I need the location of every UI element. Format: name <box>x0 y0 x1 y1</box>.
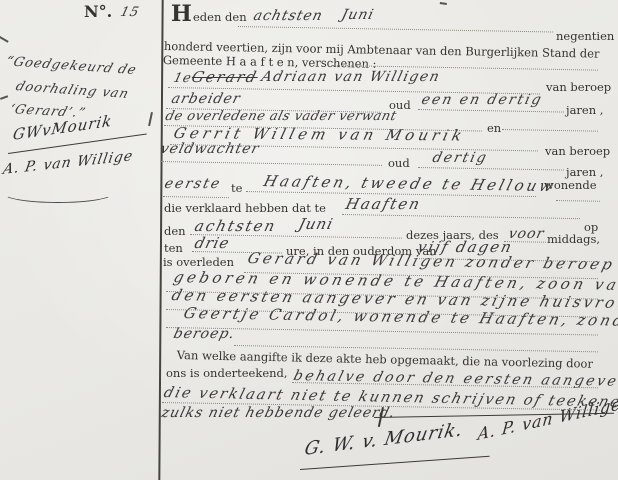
signature-flourish <box>2 183 114 203</box>
en-label: en <box>487 123 501 135</box>
date-day-handwritten: achtsten <box>252 9 324 23</box>
declarant1-age: een en dertig <box>420 93 544 107</box>
jaren-label-2: jaren , <box>566 167 603 179</box>
signature-declarant-mourik: G. W. v. Mourik. <box>303 421 465 459</box>
declarant2-age: dertig <box>431 151 490 165</box>
dotted-rule <box>556 199 600 202</box>
death-month-handwritten: Juni <box>297 217 335 232</box>
declared-label: die verklaard hebben dat te <box>164 203 326 215</box>
scan-stray-mark <box>148 112 152 126</box>
te-label: te <box>231 183 242 195</box>
dotted-rule <box>238 25 553 32</box>
declarant1-occupation: arbeider <box>170 92 242 106</box>
scan-speck <box>440 2 447 5</box>
margin-approval-note-line1: “Goedgekeurd de <box>4 55 138 77</box>
dotted-rule <box>418 166 564 171</box>
declarant1-van-beroep-label: van beroep <box>546 82 611 94</box>
death-hour-handwritten: drie <box>193 236 231 251</box>
is-overleden-label: is overleden <box>163 257 234 269</box>
declarant1-name-struck: Gerard <box>190 70 259 85</box>
deceased-line1-handwritten: Gerard van Willigen zonder beroep <box>246 251 617 272</box>
declarant2-van-beroep-label: van beroep <box>545 146 610 158</box>
act-number-value: 15 <box>119 6 141 19</box>
scan-stray-mark <box>0 36 9 42</box>
ten-label: ten <box>164 243 183 255</box>
negentien-label: negentien <box>556 31 614 43</box>
dotted-rule <box>342 213 580 219</box>
act-number-label: N°. <box>84 4 112 20</box>
dotted-rule <box>192 250 282 254</box>
dotted-rule <box>163 195 229 198</box>
margin-approval-note-line2: doorhaling van <box>14 80 131 101</box>
heden-label: eden den <box>193 12 247 24</box>
signature-underline-sweep <box>300 456 490 470</box>
declarant1-name: Adriaan van Willigen <box>260 70 442 84</box>
death-day-handwritten: achtsten <box>193 219 278 234</box>
dotted-rule <box>502 128 598 132</box>
death-certificate-scan: N°. 15 “Goedgekeurd de doorhaling van ‘G… <box>0 0 618 480</box>
closing-line2: ons is onderteekend, <box>166 368 288 380</box>
death-place-handwritten: Haaften <box>344 197 423 212</box>
margin-signature-registrar: A. P. van Willige <box>2 149 134 177</box>
oud-label-2: oud <box>388 158 410 170</box>
dotted-rule <box>418 108 564 113</box>
closing-handwritten3: zulks niet hebbende geleerd. <box>160 406 397 420</box>
deceased-line5-handwritten: beroep. <box>172 327 237 341</box>
date-month-handwritten: Juni <box>340 8 376 22</box>
scan-stray-mark <box>0 95 8 99</box>
residence-first-handwritten: eerste <box>163 177 223 191</box>
jaren-label-1: jaren , <box>566 105 603 117</box>
middags-label: middags, <box>547 234 600 246</box>
dotted-rule <box>160 160 382 166</box>
den-label: den <box>164 226 186 238</box>
heden-drop-cap: H <box>171 3 192 25</box>
